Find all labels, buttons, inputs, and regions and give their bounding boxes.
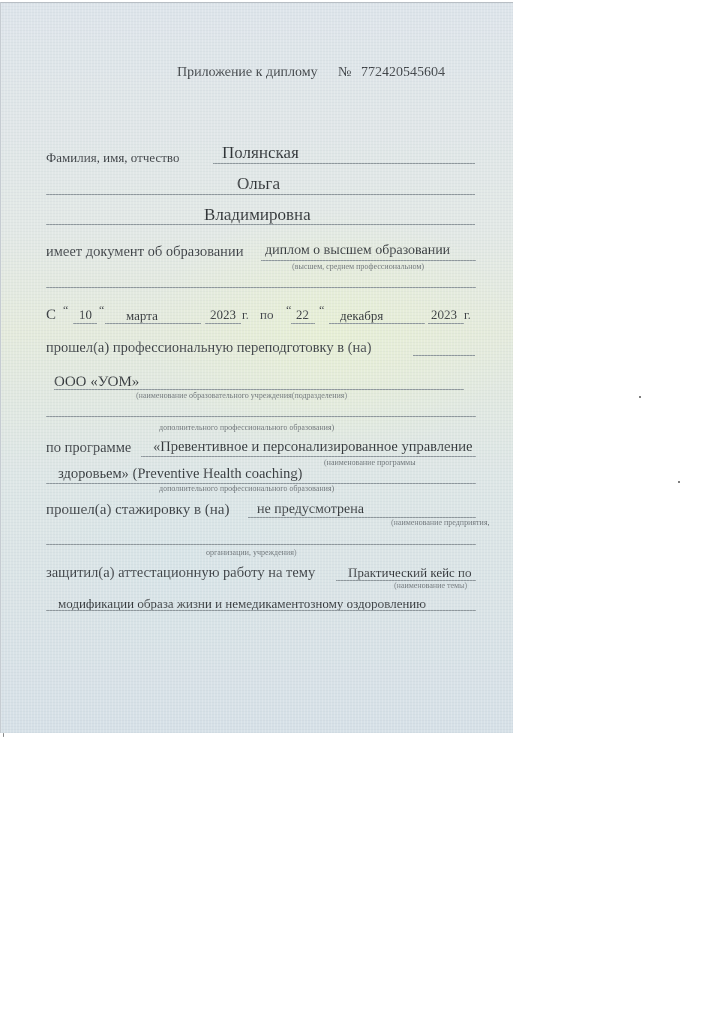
diploma-appendix-page: Приложение к диплому № 772420545604 Фами…	[0, 2, 513, 733]
thesis-line-1: Практический кейс по	[348, 565, 472, 581]
retraining-underline-1	[413, 355, 475, 356]
from-month-underline	[105, 323, 201, 324]
to-close-quote: “	[319, 303, 324, 318]
institution-underline	[54, 389, 464, 390]
surname-value: Полянская	[222, 143, 299, 163]
from-year-value: 2023	[210, 307, 236, 323]
internship-underline-2	[46, 544, 476, 545]
document-title: Приложение к диплому	[177, 65, 318, 81]
thesis-underline-2	[46, 610, 476, 611]
to-day-value: 22	[296, 307, 309, 323]
retraining-hint-2: дополнительного профессионального образо…	[159, 423, 334, 432]
first-name-value: Ольга	[237, 174, 280, 194]
thesis-label: защитил(а) аттестационную работу на тему	[46, 565, 315, 582]
from-year-underline	[205, 323, 241, 324]
from-close-quote: “	[99, 303, 104, 318]
program-label: по программе	[46, 440, 131, 457]
to-year-underline	[428, 323, 464, 324]
from-month-value: марта	[126, 308, 158, 324]
retraining-underline-2	[46, 416, 476, 417]
to-month-value: декабря	[340, 308, 383, 324]
from-open-quote: “	[63, 303, 68, 318]
to-year-value: 2023	[431, 307, 457, 323]
to-year-suffix: г.	[464, 308, 471, 323]
to-month-underline	[329, 323, 425, 324]
institution-hint: (наименование образовательного учреждени…	[136, 391, 347, 400]
education-underline	[261, 260, 476, 261]
diploma-number: 772420545604	[361, 65, 445, 81]
patronymic-underline	[46, 224, 475, 225]
program-underline-1	[141, 456, 476, 457]
program-line-2: здоровьем» (Preventive Health coaching)	[58, 466, 302, 483]
education-extra-underline	[46, 287, 476, 288]
surname-underline	[213, 163, 475, 164]
scan-speck	[678, 481, 680, 483]
program-line-1: «Превентивное и персонализированное упра…	[153, 439, 472, 456]
retraining-label: прошел(а) профессиональную переподготовк…	[46, 340, 372, 357]
scan-speck	[639, 396, 641, 398]
internship-hint-2: организации, учреждения)	[206, 548, 297, 557]
internship-label: прошел(а) стажировку в (на)	[46, 502, 229, 519]
education-value: диплом о высшем образовании	[265, 243, 450, 259]
number-sign: №	[338, 65, 351, 81]
thesis-hint: (наименование темы)	[394, 581, 467, 590]
to-day-underline	[291, 323, 315, 324]
education-label: имеет документ об образовании	[46, 244, 243, 261]
from-year-suffix: г.	[242, 308, 249, 323]
from-day-value: 10	[79, 307, 92, 323]
patronymic-value: Владимировна	[204, 205, 311, 225]
period-to-prefix: по	[260, 307, 273, 323]
to-open-quote: “	[286, 303, 291, 318]
program-hint-2: дополнительного профессионального образо…	[159, 484, 334, 493]
fio-label: Фамилия, имя, отчество	[46, 150, 179, 166]
scan-speck	[3, 733, 4, 737]
internship-hint-1: (наименование предприятия,	[391, 518, 490, 527]
period-from-prefix: С	[46, 307, 56, 324]
program-hint-1: (наименование программы	[324, 458, 416, 467]
education-hint: (высшем, среднем профессиональном)	[292, 262, 424, 271]
from-day-underline	[73, 323, 97, 324]
first-name-underline	[46, 194, 475, 195]
internship-value: не предусмотрена	[257, 502, 364, 518]
